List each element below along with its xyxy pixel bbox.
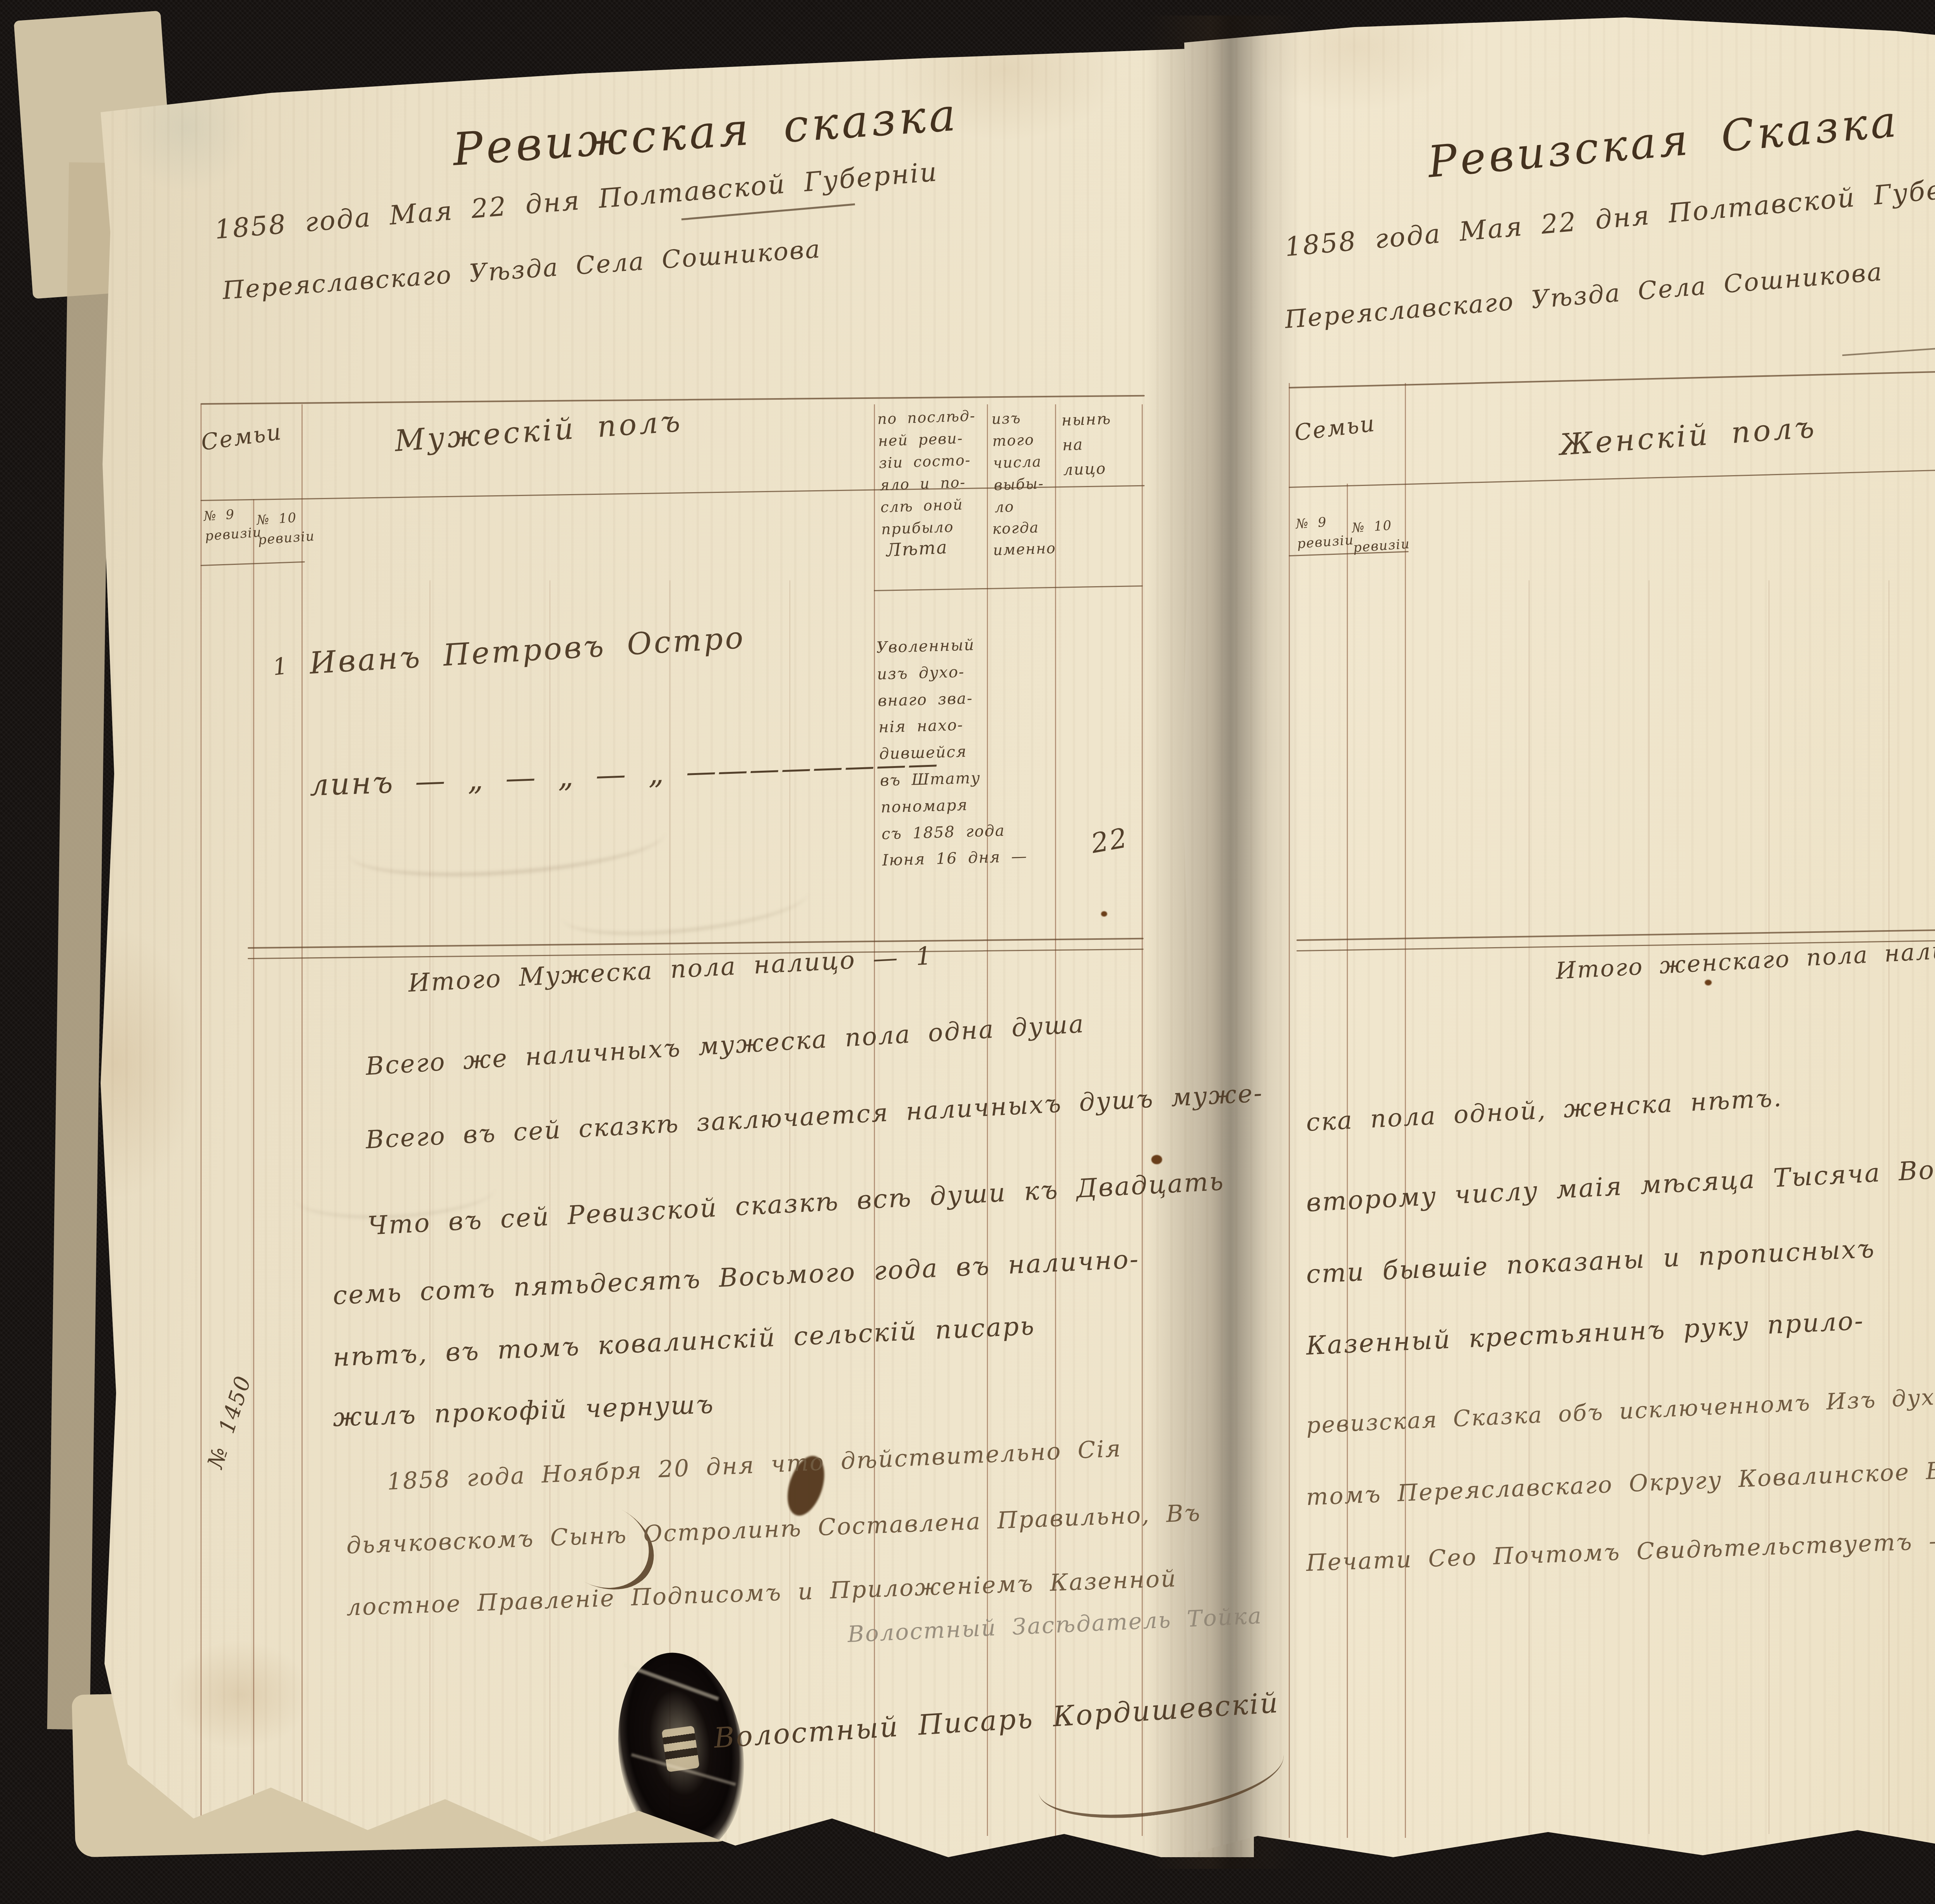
- left-col-lastrev: по послѣд- ней реви- зіи состо- яло и по…: [877, 405, 980, 541]
- bleed-through-ghost: [346, 802, 667, 886]
- left-col-when: когда именно: [992, 516, 1057, 561]
- entry-age: 22: [1089, 822, 1131, 859]
- entry-note: Уволенный изъ духо- внаго зва- нія нахо-…: [876, 631, 1028, 874]
- archival-book-scan: Ревижская сказка 1858 года Мая 22 дня По…: [0, 0, 1935, 1904]
- left-col-rev9: № 9 ревизіи: [203, 503, 262, 546]
- bleed-through-ghost: [559, 866, 811, 945]
- left-col-departed: изъ того числа выбы- ло: [991, 407, 1045, 518]
- foxing-spot: [1101, 911, 1107, 917]
- entry-number: 1: [271, 652, 290, 681]
- left-col-years: Лѣта: [886, 537, 949, 561]
- left-col-rev10: № 10 ревизіи: [256, 507, 315, 550]
- right-col-rev10: № 10 ревизіи: [1351, 515, 1411, 558]
- foxing-spot: [1705, 980, 1712, 985]
- under-sheet: [47, 162, 112, 1730]
- left-col-now: нынѣ на лицо: [1061, 407, 1113, 482]
- right-col-rev9: № 9 ревизіи: [1295, 511, 1354, 554]
